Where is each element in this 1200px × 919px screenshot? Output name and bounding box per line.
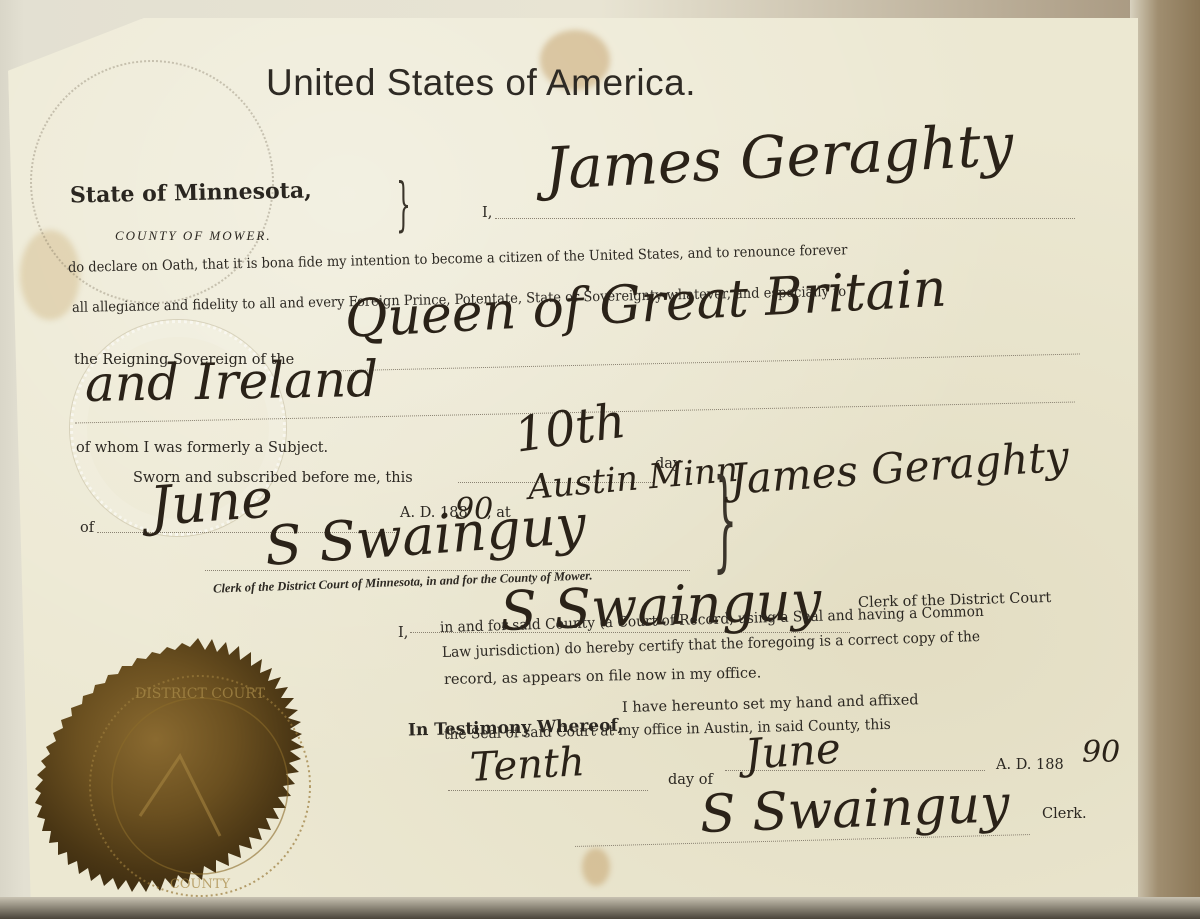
testimony-month-handwritten: June [743, 723, 842, 779]
of-label: of [80, 520, 94, 536]
cert-i-label: I, [398, 625, 408, 641]
stain-bottom [582, 848, 610, 886]
brace-icon: } [396, 170, 411, 238]
frame-bottom-edge [0, 897, 1200, 919]
svg-text:DISTRICT COURT: DISTRICT COURT [135, 686, 266, 702]
intro-label: I, [482, 205, 492, 221]
testimony-day-handwritten: Tenth [469, 739, 586, 791]
photo-scene: United States of America. State of Minne… [0, 0, 1200, 919]
document-title: United States of America. [266, 62, 696, 104]
testimony-clerk-label: Clerk. [1042, 806, 1087, 822]
sovereign-handwritten-2: and Ireland [84, 350, 378, 413]
svg-text:COUNTY: COUNTY [170, 877, 231, 892]
testimony-clerk-signature: S Swainguy [699, 774, 1010, 845]
testimony-ad-label: A. D. 188 [996, 757, 1064, 773]
county-heading: COUNTY OF MOWER. [115, 228, 272, 244]
oath-month-handwritten: June [148, 466, 275, 537]
name-line [495, 218, 1075, 219]
declaration-line-4: of whom I was formerly a Subject. [76, 440, 328, 456]
background-wall [1130, 0, 1200, 919]
state-heading: State of Minnesota, [70, 177, 312, 208]
testimony-year-handwritten: 90 [1082, 735, 1120, 770]
district-court-gold-seal: DISTRICT COURT COUNTY [20, 606, 336, 916]
